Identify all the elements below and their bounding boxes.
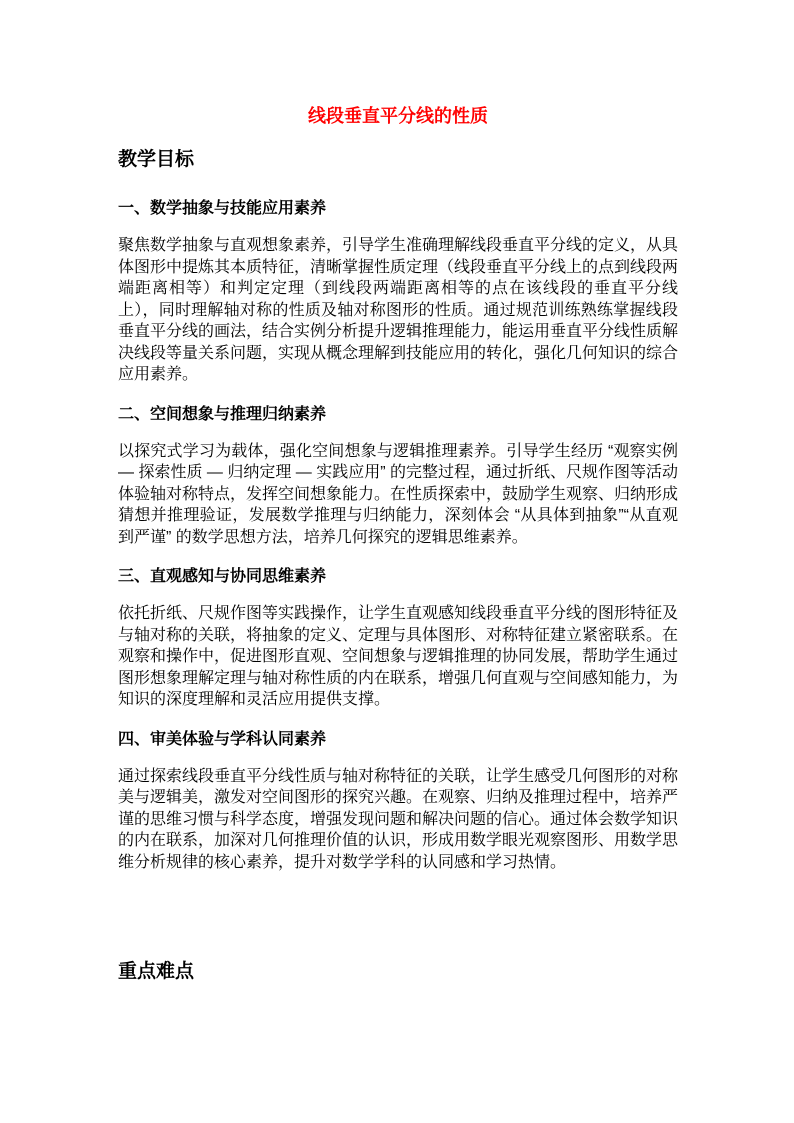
section-aesthetic-identity: 四、审美体验与学科认同素养 通过探索线段垂直平分线性质与轴对称特征的关联，让学生… bbox=[118, 711, 678, 874]
heading-teaching-objectives: 教学目标 bbox=[118, 148, 678, 172]
section-math-abstraction: 一、数学抽象与技能应用素养 聚焦数学抽象与直观想象素养，引导学生准确理解线段垂直… bbox=[118, 180, 678, 386]
section-heading-4: 四、审美体验与学科认同素养 bbox=[118, 729, 678, 750]
section-body-1: 聚焦数学抽象与直观想象素养，引导学生准确理解线段垂直平分线的定义，从具体图形中提… bbox=[118, 235, 678, 386]
section-heading-3: 三、直观感知与协同思维素养 bbox=[118, 566, 678, 587]
section-body-2: 以探究式学习为载体，强化空间想象与逻辑推理素养。引导学生经历 “观察实例 — 探… bbox=[118, 441, 678, 549]
section-body-4: 通过探索线段垂直平分线性质与轴对称特征的关联，让学生感受几何图形的对称美与逻辑美… bbox=[118, 766, 678, 874]
document-title: 线段垂直平分线的性质 bbox=[118, 104, 678, 128]
section-intuitive-perception: 三、直观感知与协同思维素养 依托折纸、尺规作图等实践操作，让学生直观感知线段垂直… bbox=[118, 548, 678, 711]
section-heading-2: 二、空间想象与推理归纳素养 bbox=[118, 404, 678, 425]
section-heading-1: 一、数学抽象与技能应用素养 bbox=[118, 198, 678, 219]
document-page: 线段垂直平分线的性质 教学目标 一、数学抽象与技能应用素养 聚焦数学抽象与直观想… bbox=[0, 0, 794, 1123]
section-body-3: 依托折纸、尺规作图等实践操作，让学生直观感知线段垂直平分线的图形特征及与轴对称的… bbox=[118, 603, 678, 711]
section-spatial-imagination: 二、空间想象与推理归纳素养 以探究式学习为载体，强化空间想象与逻辑推理素养。引导… bbox=[118, 386, 678, 549]
heading-key-points: 重点难点 bbox=[118, 960, 678, 984]
